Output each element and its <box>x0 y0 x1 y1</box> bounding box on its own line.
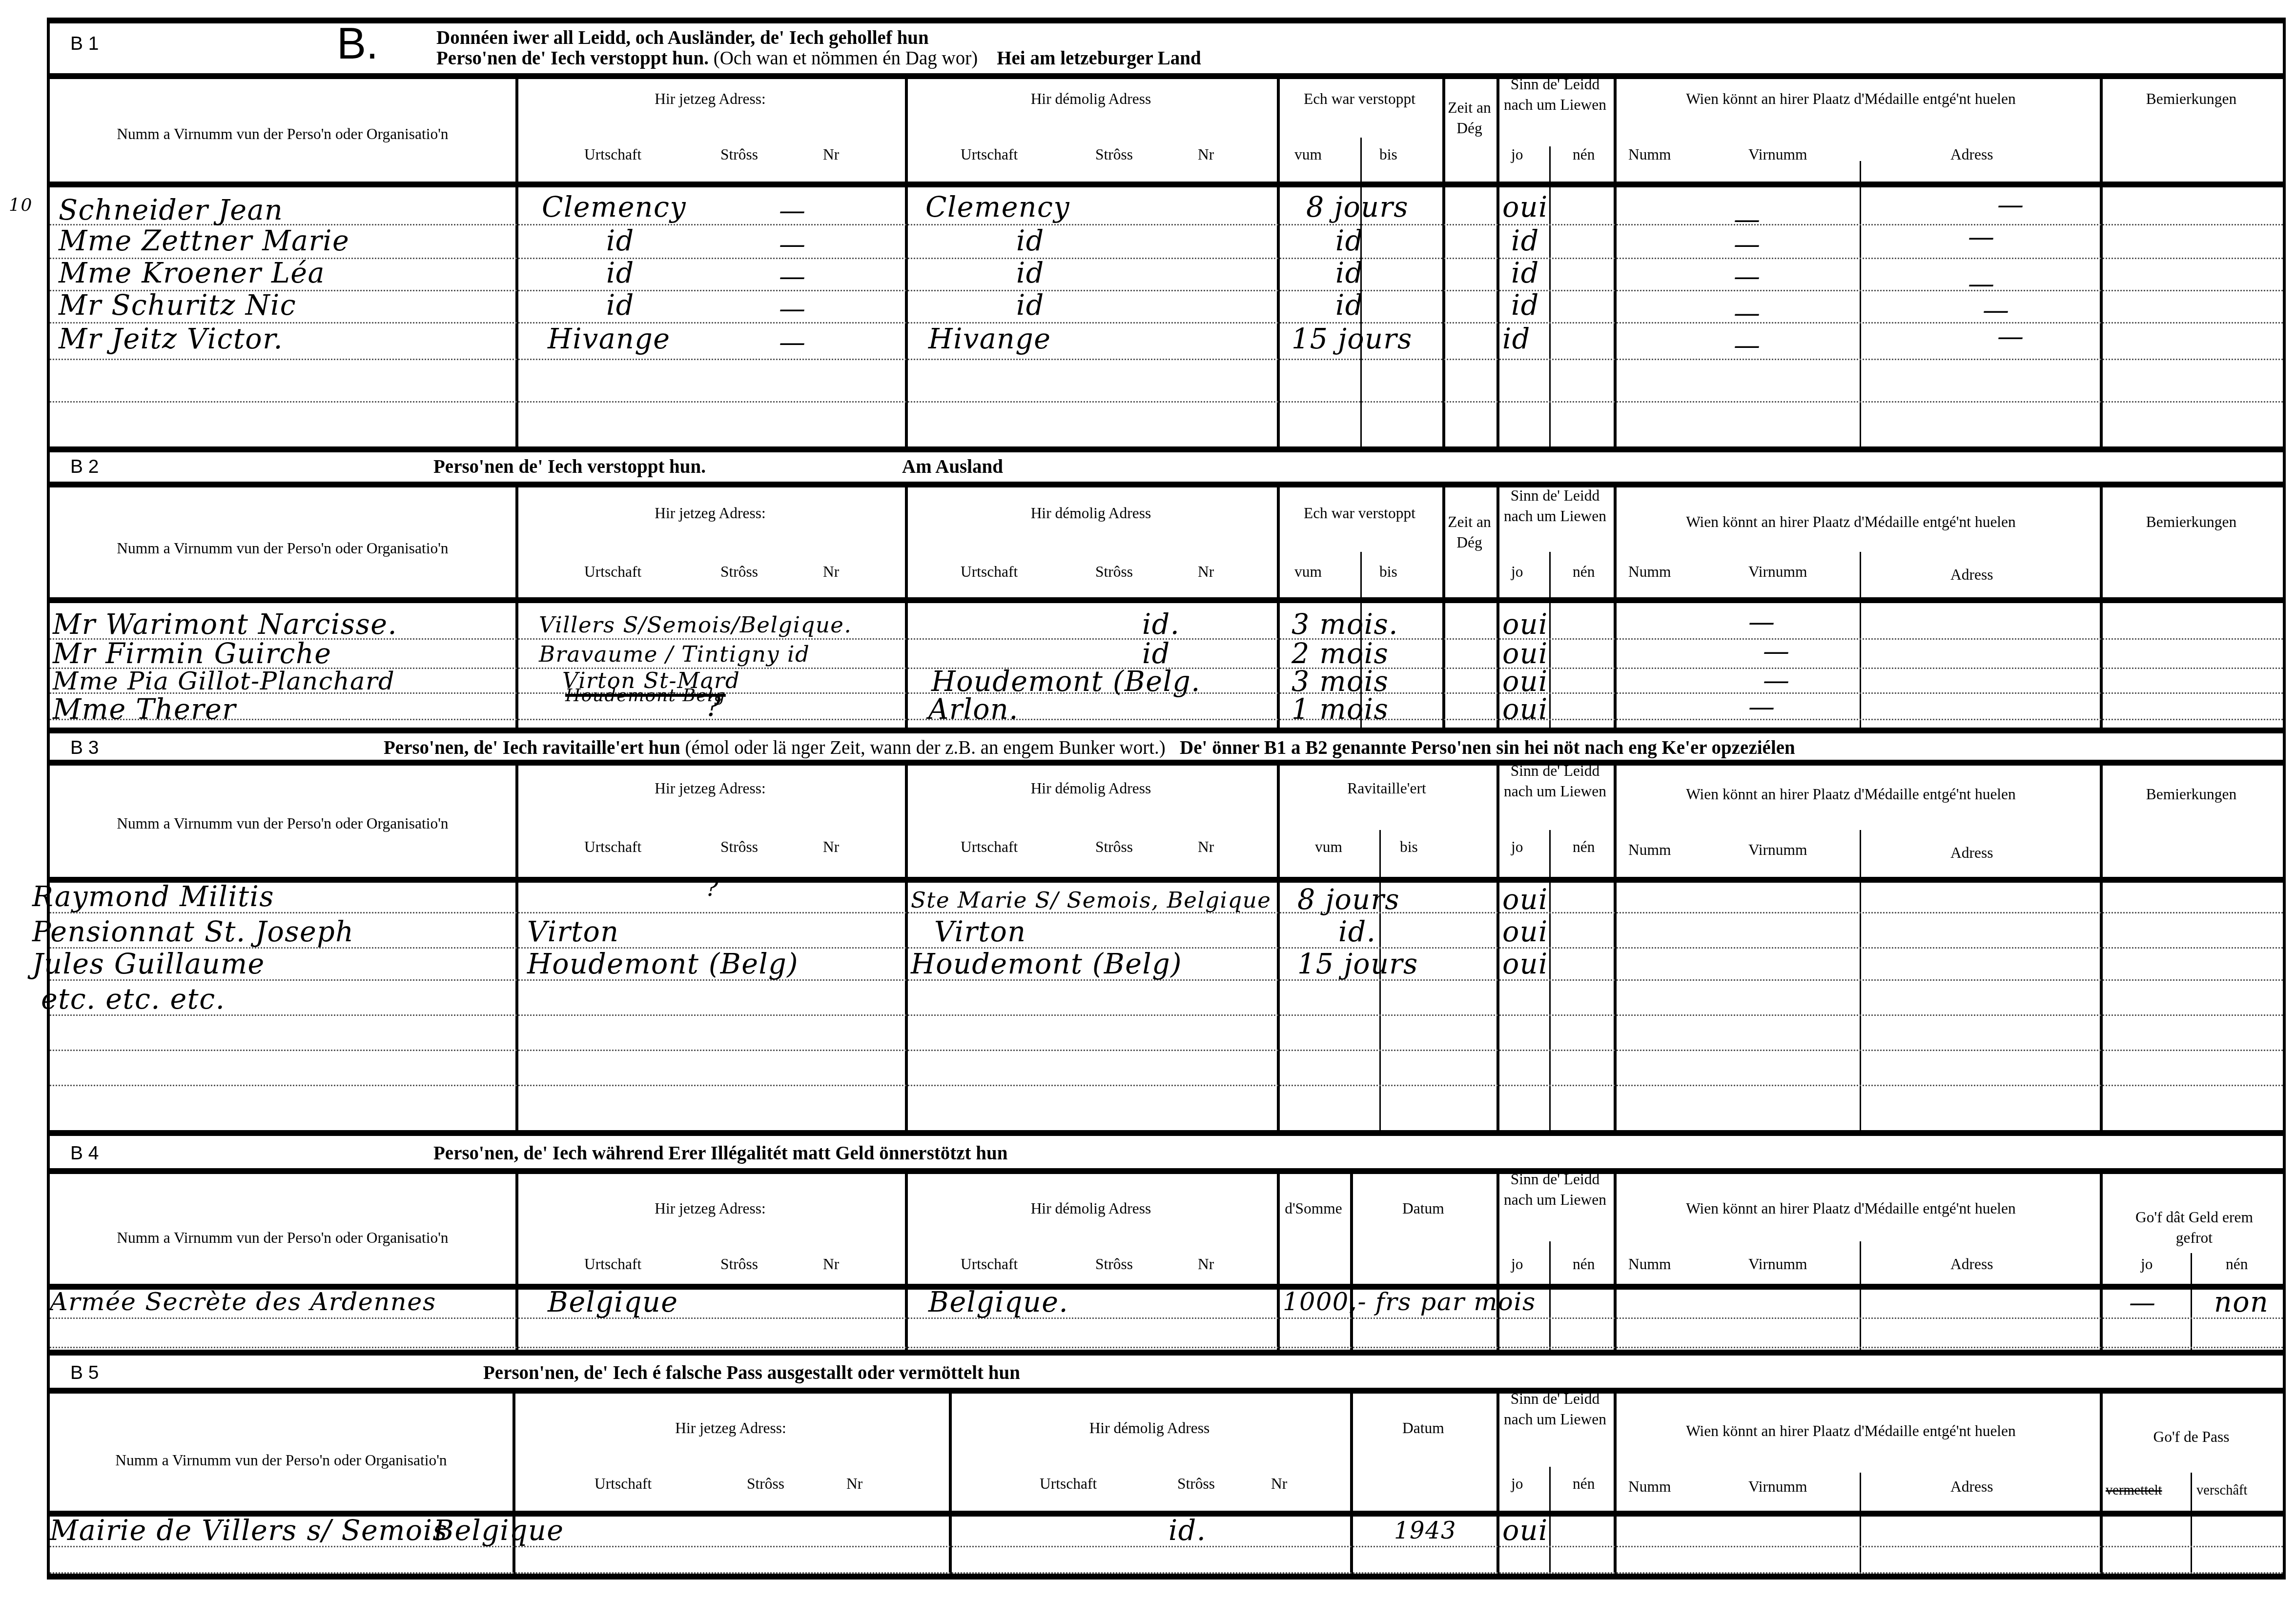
header-stross: Strôss <box>1095 564 1133 584</box>
cell-medal-dash: — <box>1763 637 1789 668</box>
cell-name: etc. etc. etc. <box>41 985 225 1014</box>
cell-hidden-duration: 15 jours <box>1291 325 1413 354</box>
cell-former-place: Virton <box>934 918 1026 947</box>
header-virnumm: Virnumm <box>1748 564 1807 584</box>
header-adress: Adress <box>1950 567 1993 587</box>
section-title: Perso'nen, de' Iech ravitaille'ert hun (… <box>384 736 1795 758</box>
cell-name: Raymond Militis <box>32 883 274 912</box>
cell-current-place: id <box>606 227 635 256</box>
header-name: Numm a Virnumm vun der Perso'n oder Orga… <box>50 540 515 561</box>
cell-former-place: id <box>1016 227 1045 256</box>
header-name: Numm a Virnumm vun der Perso'n oder Orga… <box>50 1230 515 1250</box>
header-urtschaft: Urtschaft <box>584 564 641 584</box>
cell-medal-dash: — <box>1734 299 1760 329</box>
header-vum: vum <box>1315 839 1342 859</box>
header-stross: Strôss <box>1095 146 1133 167</box>
cell-current-street: — <box>779 262 805 293</box>
cell-current-place: Houdemont (Belg) <box>527 950 799 979</box>
header-alive: Sinn de' Leidd nach um Liewen <box>1496 487 1614 528</box>
header-vum: vum <box>1294 564 1322 584</box>
header-current-address: Hir jetzeg Adress: <box>515 1200 905 1221</box>
header-former-address: Hir démolig Adress <box>905 1200 1277 1221</box>
header-stross: Strôss <box>720 1256 758 1276</box>
header-stross: Strôss <box>1095 1256 1133 1276</box>
cell-name: Mairie de Villers s/ Semois <box>50 1517 448 1546</box>
section-region: Am Ausland <box>902 455 1003 477</box>
header-hidden: Ech war verstoppt <box>1277 91 1442 111</box>
header-nen: nén <box>1573 146 1595 167</box>
header-gave-money: Go'f dât Geld erem gefrot <box>2117 1209 2271 1250</box>
cell-former-place: Hivange <box>928 325 1051 354</box>
cell-gave-no: non <box>2214 1288 2269 1317</box>
cell-current-place: Hivange <box>548 325 671 354</box>
header-urtschaft: Urtschaft <box>961 146 1018 167</box>
header-bis: bis <box>1379 564 1397 584</box>
cell-name: Mme Therer <box>53 695 236 725</box>
header-time-days: Zeit an Dég <box>1442 100 1496 141</box>
header-nr: Nr <box>823 1256 839 1276</box>
cell-current-street: — <box>779 196 805 227</box>
cell-medal-dash: — <box>1734 262 1760 293</box>
header-nr: Nr <box>823 839 839 859</box>
cell-hidden-duration: id <box>1335 291 1364 321</box>
cell-name: Armée Secrète des Ardennes <box>50 1288 436 1317</box>
cell-current-place: Belgique <box>433 1517 564 1546</box>
section-subtitle: Perso'nen de' Iech verstoppt hun. (Och w… <box>436 47 1201 69</box>
cell-name: Mr Schuritz Nic <box>59 291 296 321</box>
section-code: B 2 <box>70 455 99 477</box>
header-adress: Adress <box>1950 146 1993 167</box>
header-numm: Numm <box>1628 842 1671 862</box>
header-urtschaft: Urtschaft <box>584 1256 641 1276</box>
header-bis: bis <box>1400 839 1418 859</box>
header-pass: Go'f de Pass <box>2100 1429 2283 1449</box>
cell-name: Mme Pia Gillot-Planchard <box>53 668 395 697</box>
section-b3: B 3 Perso'nen, de' Iech ravitaille'ert h… <box>50 728 2283 1130</box>
header-numm: Numm <box>1628 564 1671 584</box>
header-nr: Nr <box>1198 839 1214 859</box>
cell-current-street: — <box>779 294 805 325</box>
cell-alive-yes: oui <box>1502 950 1548 979</box>
cell-former-place: id. <box>1168 1517 1206 1546</box>
header-remarks: Bemierkungen <box>2100 786 2283 807</box>
header-alive: Sinn de' Leidd nach um Liewen <box>1496 1171 1614 1212</box>
header-stross: Strôss <box>747 1476 784 1496</box>
header-nr: Nr <box>846 1476 862 1496</box>
cell-alive-yes: oui <box>1502 193 1548 223</box>
cell-former-place: id. <box>1142 610 1180 640</box>
header-numm: Numm <box>1628 146 1671 167</box>
cell-former-place: id <box>1016 259 1045 288</box>
cell-alive-yes: oui <box>1502 886 1548 915</box>
cell-hidden-duration: 1 mois <box>1291 695 1389 725</box>
header-numm: Numm <box>1628 1256 1671 1276</box>
cell-medal-dash: — <box>1968 223 1994 253</box>
header-time-days: Zeit an Dég <box>1442 514 1496 555</box>
header-date: Datum <box>1350 1420 1496 1440</box>
cell-current-place: ? <box>706 874 719 903</box>
header-former-address: Hir démolig Adress <box>905 780 1277 801</box>
cell-current-street: — <box>779 230 805 261</box>
cell-name: Mme Zettner Marie <box>59 227 349 256</box>
margin-note: 10 <box>9 190 33 220</box>
header-virnumm: Virnumm <box>1748 1256 1807 1276</box>
header-stross: Strôss <box>720 839 758 859</box>
cell-duration: 15 jours <box>1297 950 1418 979</box>
header-current-address: Hir jetzeg Adress: <box>515 505 905 526</box>
section-title: Perso'nen de' Iech verstoppt hun. <box>433 455 706 477</box>
cell-hidden-duration: 8 jours <box>1306 193 1409 223</box>
header-remarks: Bemierkungen <box>2100 91 2283 111</box>
cell-alive-yes: oui <box>1502 1517 1548 1546</box>
cell-current-place: id <box>606 259 635 288</box>
header-nr: Nr <box>823 146 839 167</box>
header-stross: Strôss <box>1095 839 1133 859</box>
section-b1: B 1 B. Donnéen iwer all Leidd, och Auslä… <box>50 18 2283 446</box>
header-sum: d'Somme <box>1277 1200 1350 1221</box>
header-urtschaft: Urtschaft <box>961 839 1018 859</box>
header-urtschaft: Urtschaft <box>961 1256 1018 1276</box>
cell-sum: 1000,- frs par mois <box>1283 1288 1536 1317</box>
section-code: B 1 <box>70 32 99 54</box>
header-jo: jo <box>2141 1256 2153 1276</box>
section-code: B 3 <box>70 736 99 758</box>
header-current-address: Hir jetzeg Adress: <box>512 1420 949 1440</box>
header-jo: jo <box>1511 564 1523 584</box>
header-jo: jo <box>1511 1476 1523 1496</box>
cell-medal-dash: — <box>1734 331 1760 362</box>
header-urtschaft: Urtschaft <box>584 146 641 167</box>
header-nr: Nr <box>1198 564 1214 584</box>
section-code: B 5 <box>70 1361 99 1383</box>
section-code: B 4 <box>70 1142 99 1164</box>
header-medal: Wien könnt an hirer Plaatz d'Médaille en… <box>1631 1200 2070 1221</box>
header-virnumm: Virnumm <box>1748 146 1807 167</box>
header-adress: Adress <box>1950 1478 1993 1499</box>
header-virnumm: Virnumm <box>1748 1478 1807 1499</box>
cell-name: Mr Jeitz Victor. <box>59 325 283 354</box>
cell-medal-dash: — <box>1997 190 2024 221</box>
cell-alive-yes: id <box>1511 227 1539 256</box>
section-b4: B 4 Perso'nen, de' Iech während Erer Ill… <box>50 1130 2283 1350</box>
cell-alive-yes: id <box>1502 325 1531 354</box>
cell-medal-dash: — <box>1734 230 1760 261</box>
cell-medal-dash: — <box>1748 608 1775 638</box>
cell-former-place: Clemency <box>925 193 1070 223</box>
cell-alive-yes: oui <box>1502 695 1548 725</box>
cell-gave-yes: — <box>2129 1288 2155 1319</box>
cell-current-street: — <box>779 328 805 359</box>
header-medal: Wien könnt an hirer Plaatz d'Médaille en… <box>1631 1423 2070 1443</box>
header-name: Numm a Virnumm vun der Perso'n oder Orga… <box>50 1452 512 1473</box>
header-urtschaft: Urtschaft <box>594 1476 652 1496</box>
cell-hidden-duration: 3 mois. <box>1291 610 1398 640</box>
cell-current-place: Clemency <box>542 193 686 223</box>
header-urtschaft: Urtschaft <box>1040 1476 1097 1496</box>
cell-former-place: id <box>1142 640 1170 669</box>
header-medal: Wien könnt an hirer Plaatz d'Médaille en… <box>1631 514 2070 534</box>
cell-hidden-duration: id <box>1335 227 1364 256</box>
cell-former-place: Belgique. <box>928 1288 1068 1317</box>
section-title: Perso'nen, de' Iech während Erer Illégal… <box>433 1142 1007 1164</box>
header-nen: nén <box>1573 1476 1595 1496</box>
header-nen: nén <box>1573 839 1595 859</box>
cell-current-place: Virton <box>527 918 619 947</box>
cell-current-place: Villers S/Semois/Belgique. <box>539 610 852 640</box>
form-page: B 1 B. Donnéen iwer all Leidd, och Auslä… <box>0 0 2296 1600</box>
cell-current-place: Belgique <box>548 1288 678 1317</box>
header-current-address: Hir jetzeg Adress: <box>515 780 905 801</box>
cell-former-place: id <box>1016 291 1045 321</box>
header-urtschaft: Urtschaft <box>961 564 1018 584</box>
form-letter: B. <box>337 20 378 70</box>
header-adress: Adress <box>1950 1256 1993 1276</box>
header-nr: Nr <box>1271 1476 1287 1496</box>
cell-duration: 8 jours <box>1297 886 1400 915</box>
cell-alive-yes: id <box>1511 259 1539 288</box>
header-jo: jo <box>1511 146 1523 167</box>
cell-name: Mme Kroener Léa <box>59 259 325 288</box>
header-vum: vum <box>1294 146 1322 167</box>
cell-medal-dash: — <box>1748 692 1775 723</box>
cell-name: Mr Warimont Narcisse. <box>53 610 397 640</box>
header-former-address: Hir démolig Adress <box>905 505 1277 526</box>
header-stross: Strôss <box>720 146 758 167</box>
header-urtschaft: Urtschaft <box>584 839 641 859</box>
section-title: Donnéen iwer all Leidd, och Ausländer, d… <box>436 26 929 48</box>
header-pass-vermettelt: vermettelt <box>2106 1481 2162 1502</box>
header-current-address: Hir jetzeg Adress: <box>515 91 905 111</box>
section-b5: B 5 Person'nen, de' Iech é falsche Pass … <box>50 1350 2283 1580</box>
cell-date: 1943 <box>1394 1517 1456 1546</box>
header-virnumm: Virnumm <box>1748 842 1807 862</box>
header-bis: bis <box>1379 146 1397 167</box>
cell-former-place: Arlon. <box>928 695 1019 725</box>
header-remarks: Bemierkungen <box>2100 514 2283 534</box>
header-hidden: Ech war verstoppt <box>1277 505 1442 526</box>
cell-name: Pensionnat St. Joseph <box>32 918 354 947</box>
header-name: Numm a Virnumm vun der Perso'n oder Orga… <box>50 126 515 146</box>
header-nen: nén <box>1573 564 1595 584</box>
cell-former-place: Houdemont (Belg. <box>931 668 1201 697</box>
header-medal: Wien könnt an hirer Plaatz d'Médaille en… <box>1631 786 2070 807</box>
cell-current-place: Bravaume / Tintigny id <box>539 640 810 669</box>
cell-former-place: Ste Marie S/ Semois, Belgique <box>911 886 1271 915</box>
cell-name: Mr Firmin Guirche <box>53 640 331 669</box>
header-numm: Numm <box>1628 1478 1671 1499</box>
cell-current-place: id <box>606 291 635 321</box>
cell-hidden-duration: id <box>1335 259 1364 288</box>
cell-duration: id. <box>1338 918 1376 947</box>
cell-former-place: Houdemont (Belg) <box>911 950 1182 979</box>
cell-name: Schneider Jean <box>59 196 283 225</box>
header-nen: nén <box>1573 1256 1595 1276</box>
cell-current-place: ? <box>706 692 721 722</box>
cell-alive-yes: oui <box>1502 640 1548 669</box>
cell-alive-yes: oui <box>1502 668 1548 697</box>
header-alive: Sinn de' Leidd nach um Liewen <box>1496 1391 1614 1432</box>
header-date: Datum <box>1350 1200 1496 1221</box>
header-alive: Sinn de' Leidd nach um Liewen <box>1496 76 1614 117</box>
header-supplied: Ravitaille'ert <box>1277 780 1496 801</box>
section-title: Person'nen, de' Iech é falsche Pass ausg… <box>483 1361 1020 1383</box>
section-b2: B 2 Perso'nen de' Iech verstoppt hun. Am… <box>50 446 2283 728</box>
header-adress: Adress <box>1950 845 1993 865</box>
header-name: Numm a Virnumm vun der Perso'n oder Orga… <box>50 815 515 836</box>
form-sheet: B 1 B. Donnéen iwer all Leidd, och Auslä… <box>47 18 2286 1580</box>
header-stross: Strôss <box>1177 1476 1215 1496</box>
header-jo: jo <box>1511 839 1523 859</box>
cell-alive-yes: oui <box>1502 918 1548 947</box>
cell-struck-text: Houdemont Belg <box>565 681 726 710</box>
cell-name: Jules Guillaume <box>32 950 265 979</box>
cell-medal-dash: — <box>1997 322 2024 353</box>
header-jo: jo <box>1511 1256 1523 1276</box>
cell-hidden-duration: 3 mois <box>1291 668 1389 697</box>
header-nr: Nr <box>823 564 839 584</box>
cell-hidden-duration: 2 mois <box>1291 640 1389 669</box>
cell-alive-yes: id <box>1511 291 1539 321</box>
header-stross: Strôss <box>720 564 758 584</box>
header-nr: Nr <box>1198 146 1214 167</box>
header-nr: Nr <box>1198 1256 1214 1276</box>
cell-alive-yes: oui <box>1502 610 1548 640</box>
header-nen: nén <box>2226 1256 2248 1276</box>
header-pass-verschaft: verschâft <box>2196 1481 2247 1502</box>
header-former-address: Hir démolig Adress <box>905 91 1277 111</box>
header-alive: Sinn de' Leidd nach um Liewen <box>1496 763 1614 804</box>
header-medal: Wien könnt an hirer Plaatz d'Médaille en… <box>1631 91 2070 111</box>
header-former-address: Hir démolig Adress <box>949 1420 1350 1440</box>
